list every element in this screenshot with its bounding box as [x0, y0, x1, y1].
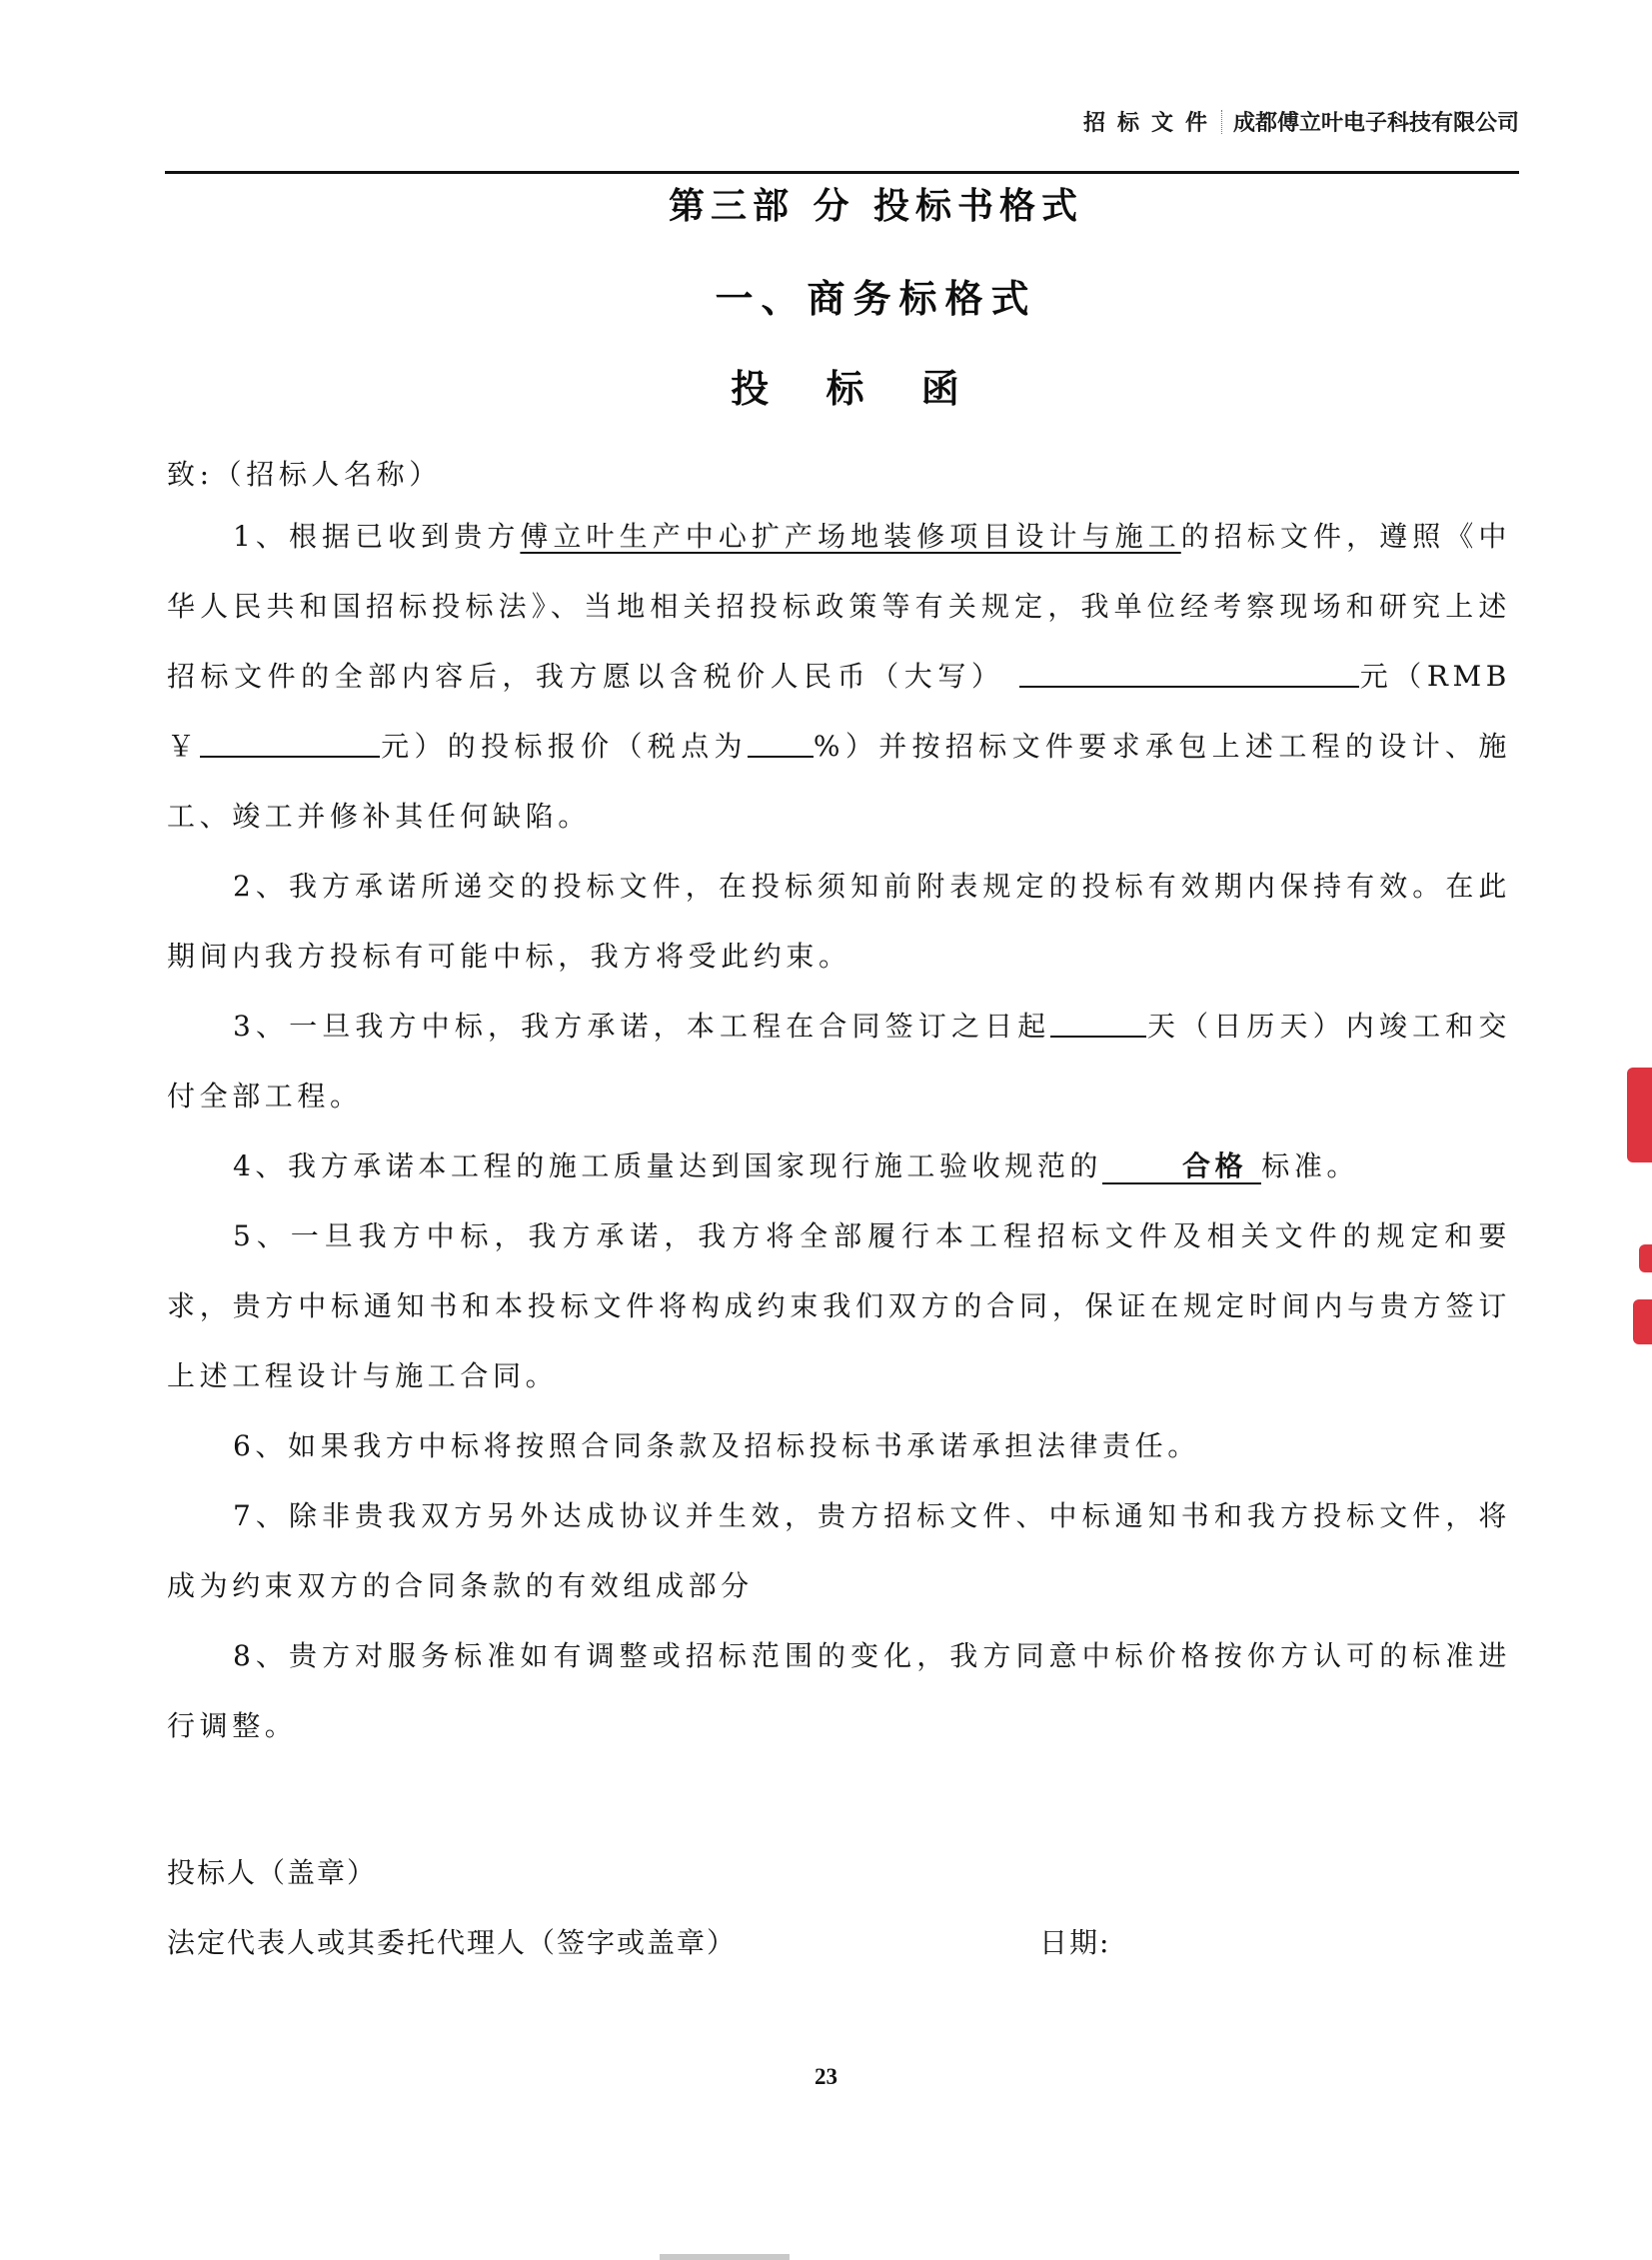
completion-days-blank[interactable] — [1050, 1010, 1146, 1038]
amount-in-words-blank[interactable] — [1019, 660, 1359, 688]
header-separator — [1221, 110, 1223, 134]
project-name: 傅立叶生产中心扩产场地装修项目设计与施工 — [520, 520, 1180, 553]
red-seal-fragment-icon — [1627, 1068, 1652, 1162]
letter-body: 1、根据已收到贵方傅立叶生产中心扩产场地装修项目设计与施工的招标文件，遵照《中华… — [167, 502, 1511, 1761]
letter-title: 投 标 函 — [0, 358, 1652, 413]
date-label: 日期: — [1039, 1921, 1110, 1961]
red-seal-fragment-icon — [1639, 1244, 1652, 1272]
representative-signature-label: 法定代表人或其委托代理人（签字或盖章） — [167, 1921, 737, 1961]
p4-text-a: 4、我方承诺本工程的施工质量达到国家现行施工验收规范的 — [233, 1149, 1102, 1182]
bidder-seal-label: 投标人（盖章） — [167, 1851, 377, 1891]
scan-artifact — [660, 2254, 790, 2260]
header-rule — [165, 171, 1519, 174]
paragraph-3: 3、一旦我方中标，我方承诺，本工程在合同签订之日起天（日历天）内竣工和交付全部工… — [167, 992, 1511, 1131]
header-company: 成都傅立叶电子科技有限公司 — [1233, 111, 1519, 136]
tax-rate-blank[interactable] — [748, 730, 814, 758]
addressee: 致:（招标人名称） — [167, 440, 1511, 510]
p1-text-a: 1、根据已收到贵方 — [233, 520, 520, 553]
paragraph-4: 4、我方承诺本工程的施工质量达到国家现行施工验收规范的合格标准。 — [167, 1131, 1511, 1201]
red-seal-fragment-icon — [1633, 1299, 1652, 1344]
section-title: 一、商务标格式 — [0, 268, 1652, 323]
p3-text-a: 3、一旦我方中标，我方承诺，本工程在合同签订之日起 — [233, 1010, 1050, 1043]
paragraph-2: 2、我方承诺所递交的投标文件，在投标须知前附表规定的投标有效期内保持有效。在此期… — [167, 852, 1511, 992]
page-number: 23 — [0, 2064, 1652, 2090]
amount-in-figures-blank[interactable] — [200, 730, 380, 758]
paragraph-7: 7、除非贵我双方另外达成协议并生效，贵方招标文件、中标通知书和我方投标文件，将成… — [167, 1481, 1511, 1621]
page-header: 招标文件成都傅立叶电子科技有限公司 — [165, 106, 1519, 146]
part-title: 第三部 分 投标书格式 — [0, 178, 1652, 229]
paragraph-1: 1、根据已收到贵方傅立叶生产中心扩产场地装修项目设计与施工的招标文件，遵照《中华… — [167, 502, 1511, 852]
paragraph-6: 6、如果我方中标将按照合同条款及招标投标书承诺承担法律责任。 — [167, 1411, 1511, 1481]
p1-text-d: 元）的投标报价（税点为 — [380, 730, 748, 763]
paragraph-5: 5、一旦我方中标，我方承诺，我方将全部履行本工程招标文件及相关文件的规定和要求，… — [167, 1201, 1511, 1411]
p4-text-b: 标准。 — [1261, 1149, 1359, 1182]
header-doc-type: 招标文件 — [1083, 111, 1219, 136]
quality-standard-value: 合格 — [1102, 1150, 1261, 1184]
paragraph-8: 8、贵方对服务标准如有调整或招标范围的变化，我方同意中标价格按你方认可的标准进行… — [167, 1621, 1511, 1761]
